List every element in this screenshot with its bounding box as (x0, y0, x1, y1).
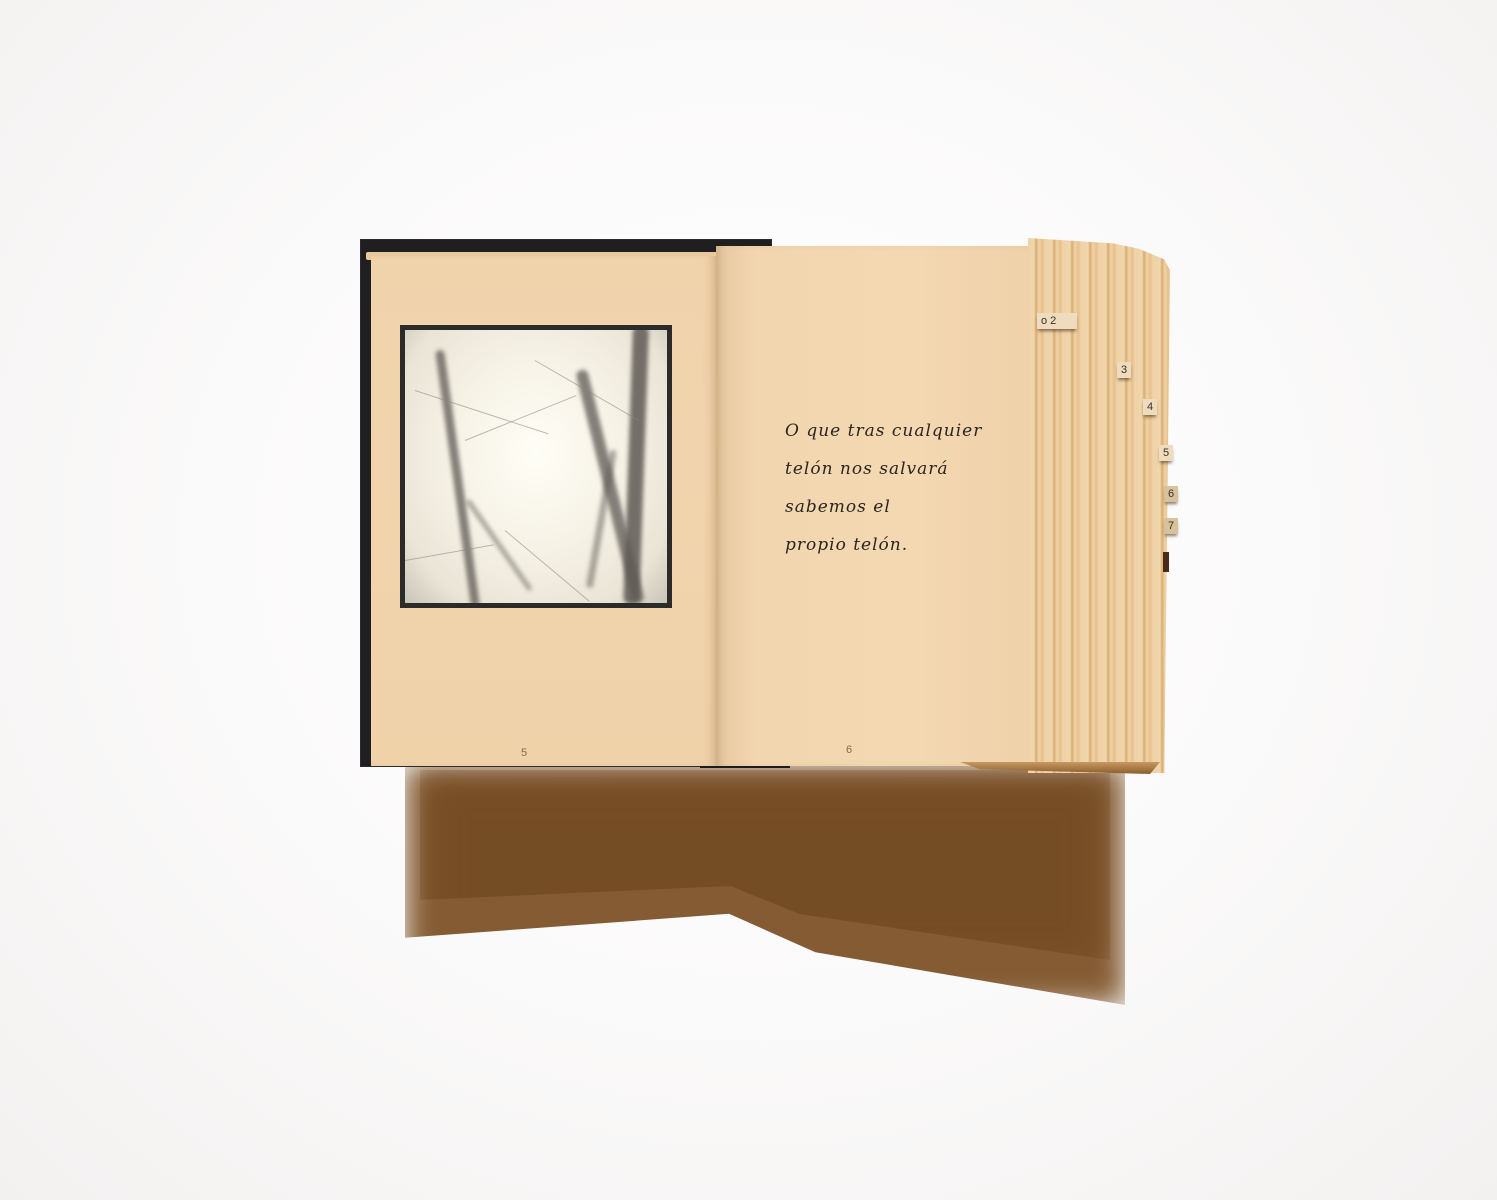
index-tab[interactable]: 3 (1117, 362, 1131, 378)
poem-line: sabemos el (785, 488, 1015, 526)
photo-image (405, 330, 667, 603)
page-number-left: 5 (521, 747, 527, 759)
index-tab[interactable]: 5 (1159, 445, 1173, 461)
index-tab[interactable]: 4 (1143, 399, 1157, 415)
index-tab[interactable]: o 2 (1037, 313, 1077, 329)
poem-line: O que tras cualquier (785, 412, 1015, 450)
mounted-photo (400, 325, 672, 608)
index-tab[interactable]: 7 (1164, 518, 1178, 534)
handwritten-poem: O que tras cualquier telón nos salvará s… (785, 412, 1015, 564)
poem-line: propio telón. (785, 526, 1015, 564)
page-number-right: 6 (846, 744, 852, 756)
index-tab-stub (1163, 552, 1169, 572)
book-shadow-core (420, 770, 1110, 970)
poem-line: telón nos salvará (785, 450, 1015, 488)
index-tab[interactable]: 6 (1164, 486, 1178, 502)
photo-scene: O que tras cualquier telón nos salvará s… (0, 0, 1497, 1200)
